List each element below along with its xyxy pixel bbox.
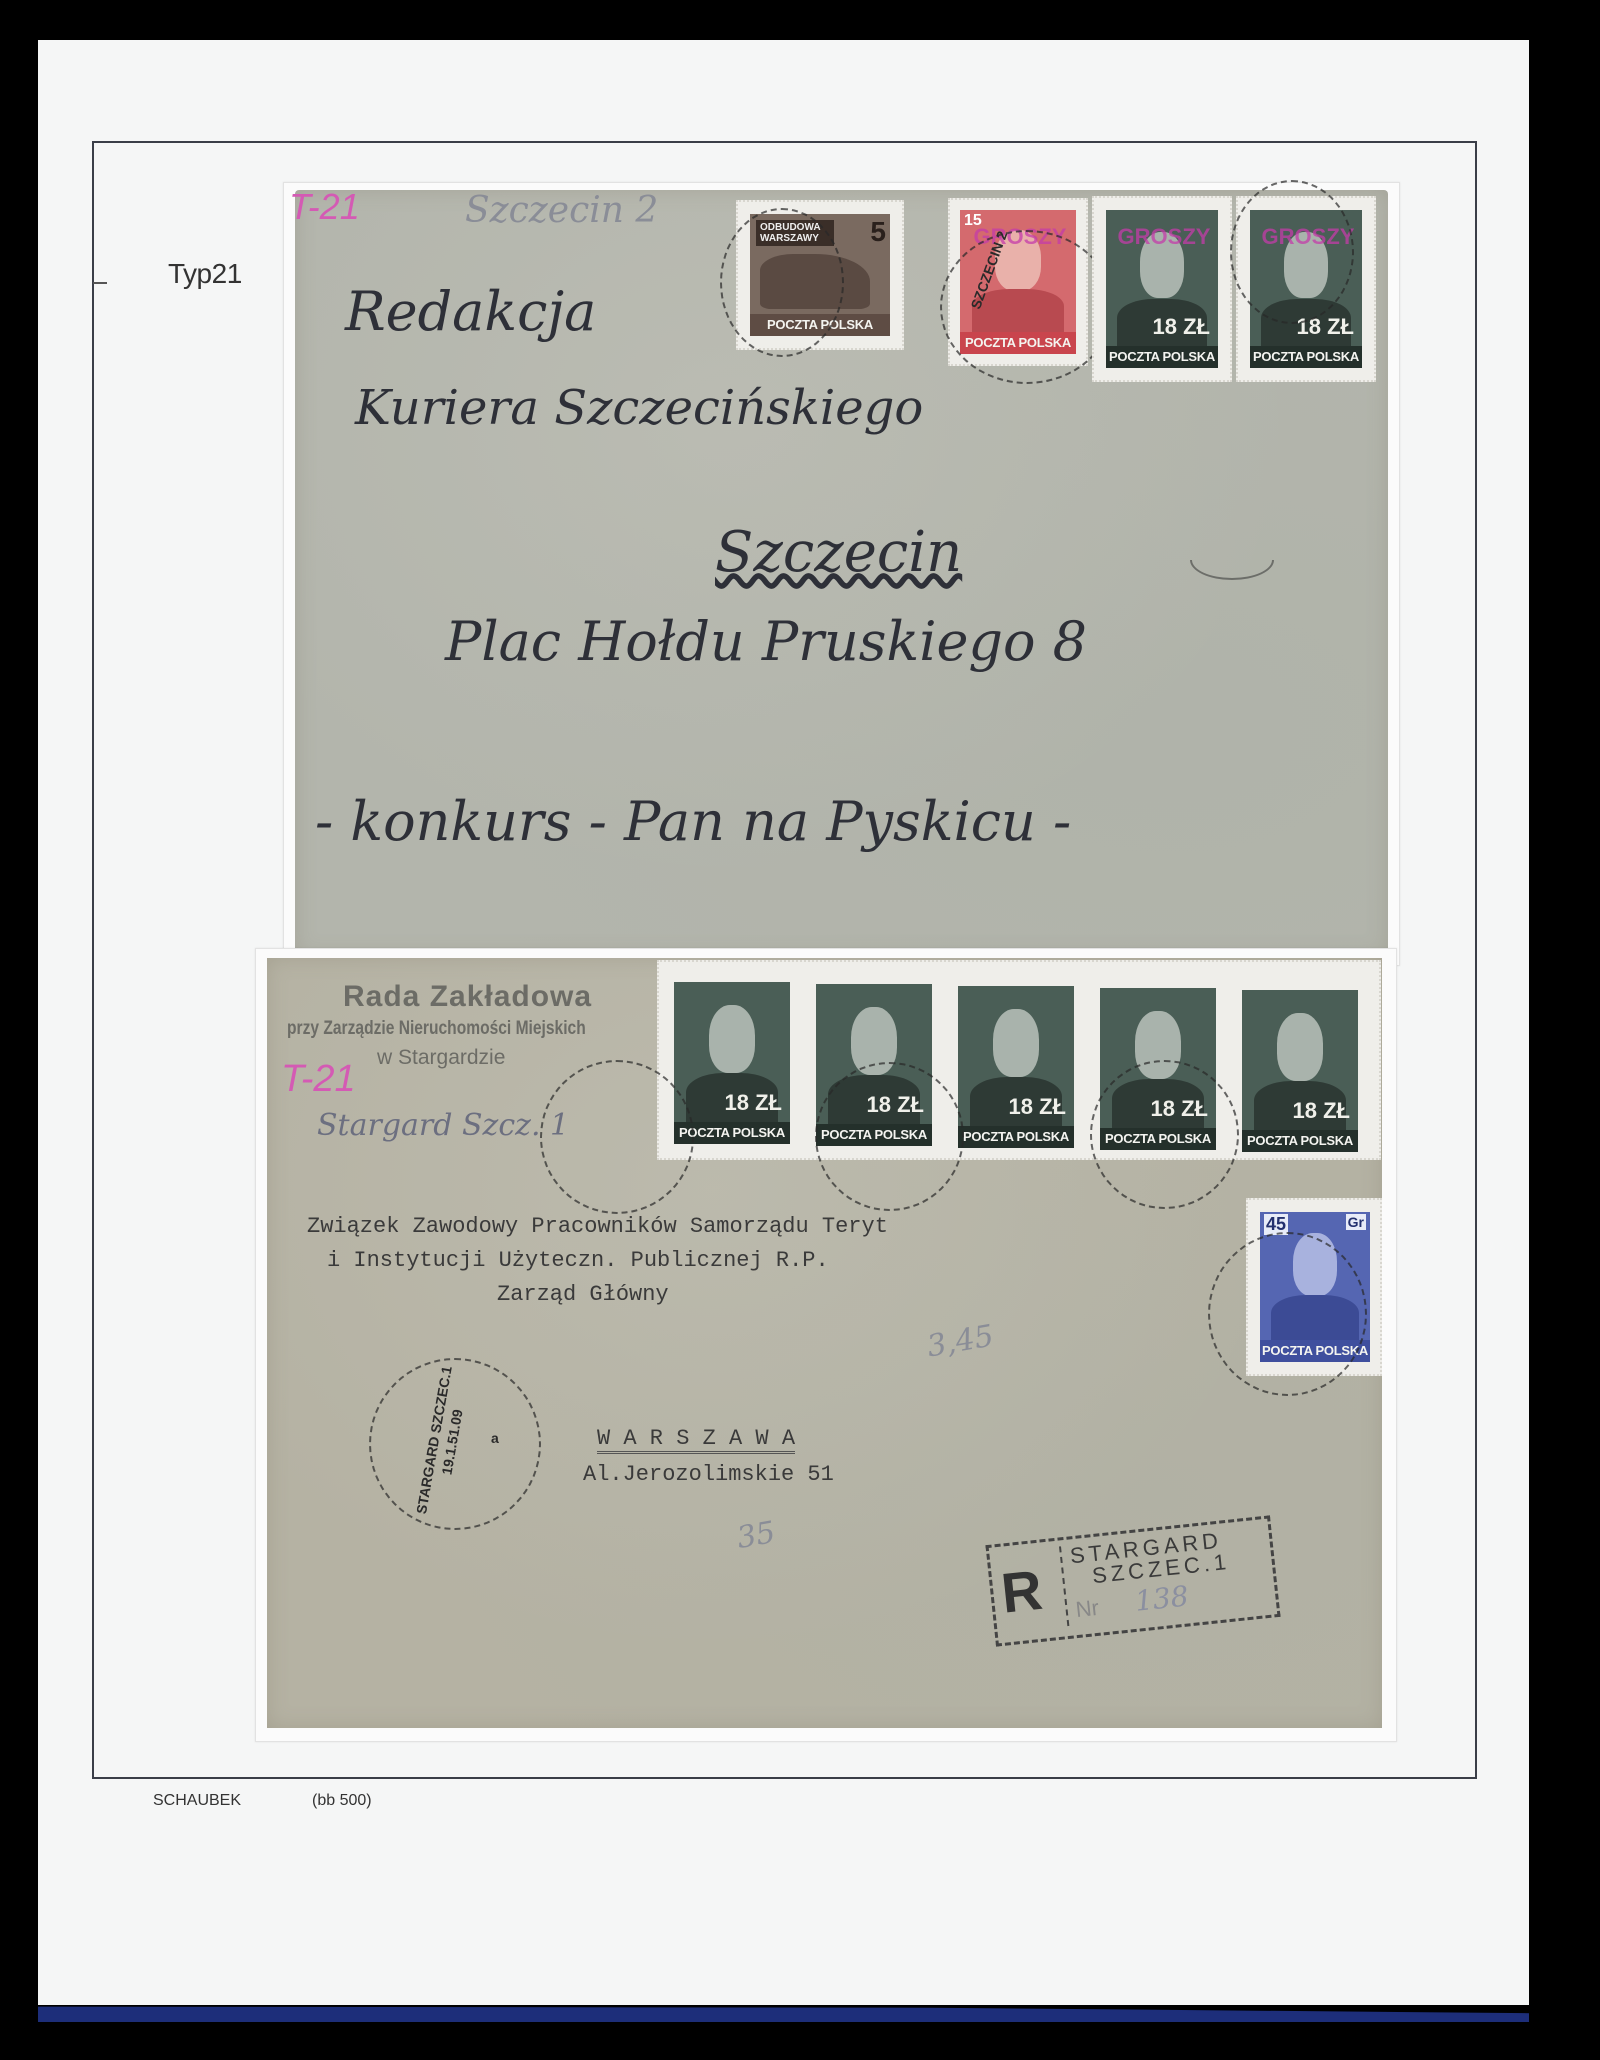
postmark: [540, 1060, 694, 1214]
postmark: SZCZECIN 2: [940, 230, 1114, 384]
page-heading: Typ21: [168, 258, 242, 290]
cover2-annotation: T-21: [281, 1058, 356, 1101]
stamp-design: 18 ZŁ POCZTA POLSKA: [1242, 990, 1358, 1152]
cover1-address-line: - konkurs - Pan na Pyskicu -: [315, 790, 1071, 853]
registration-no-label: Nr: [1074, 1595, 1100, 1623]
stamp-denomination: 18 ZŁ: [1009, 1094, 1066, 1120]
stamp[interactable]: 18 ZŁ POCZTA POLSKA: [946, 964, 1086, 1160]
cover1-address-street: Plac Hołdu Pruskiego 8: [445, 610, 1087, 673]
stamp-denomination: 18 ZŁ: [725, 1090, 782, 1116]
postmark: STARGARD SZCZEC.1 19.1.51.09 a: [369, 1358, 541, 1530]
postmark: [1230, 180, 1354, 324]
stamp-denomination: 18 ZŁ: [1153, 314, 1210, 340]
stamp-overprint: GROSZY: [1114, 224, 1214, 250]
recipient-line: Zarząd Główny: [497, 1282, 669, 1307]
cover2-pencil-note: Stargard Szcz. 1: [317, 1108, 569, 1143]
stamp[interactable]: 18 ZŁ POCZTA POLSKA: [1230, 968, 1370, 1164]
stamp-design: 18 ZŁ POCZTA POLSKA: [958, 986, 1074, 1148]
recipient-city: W A R S Z A W A: [597, 1426, 795, 1454]
stamp-inscription: POCZTA POLSKA: [1242, 1130, 1358, 1152]
stamp-inscription: POCZTA POLSKA: [1250, 346, 1362, 368]
stamp-denomination: 5: [870, 216, 886, 248]
registration-number: 138: [1133, 1579, 1190, 1617]
postmark: [720, 208, 844, 357]
cover1-pencil-note: Szczecin 2: [465, 190, 658, 231]
recipient-line: i Instytucji Użyteczn. Publicznej R.P.: [327, 1248, 829, 1273]
stamp[interactable]: GROSZY 18 ZŁ POCZTA POLSKA: [1092, 196, 1232, 382]
stamp-portrait: [993, 1009, 1039, 1077]
sender-line: w Stargardzie: [377, 1046, 505, 1070]
stamp-inscription: POCZTA POLSKA: [958, 1126, 1074, 1148]
recipient-line: Związek Zawodowy Pracowników Samorządu T…: [307, 1214, 888, 1239]
postmark: [1090, 1060, 1239, 1209]
stamp-portrait: [709, 1005, 755, 1073]
pencil-mark: 35: [734, 1515, 778, 1556]
stamp-unit: Gr: [1346, 1214, 1366, 1230]
postmark-code: a: [491, 1430, 499, 1446]
stamp-denomination: 18 ZŁ: [1293, 1098, 1350, 1124]
postmark: [815, 1062, 964, 1211]
postmark: [1208, 1232, 1367, 1396]
stamp-design: GROSZY 18 ZŁ POCZTA POLSKA: [1106, 210, 1218, 368]
cover1-address-city: Szczecin: [715, 520, 962, 585]
recipient-street: Al.Jerozolimskie 51: [583, 1462, 834, 1487]
cover1-address-line: Redakcja: [345, 280, 596, 343]
registration-letter: R: [998, 1557, 1045, 1626]
footer-publisher: SCHAUBEK: [153, 1792, 241, 1810]
frame-tick-mark: [93, 282, 107, 284]
cover1-annotation: T-21: [289, 186, 360, 228]
stamp-portrait: [1277, 1013, 1323, 1081]
pencil-mark: 3,45: [924, 1318, 996, 1364]
cover1-address-line: Kuriera Szczecińskiego: [355, 380, 923, 436]
sender-line: przy Zarządzie Nieruchomości Miejskich: [287, 1018, 586, 1040]
stamp-inscription: POCZTA POLSKA: [1106, 346, 1218, 368]
sender-line: Rada Zakładowa: [343, 980, 592, 1014]
footer-code: (bb 500): [312, 1792, 372, 1810]
